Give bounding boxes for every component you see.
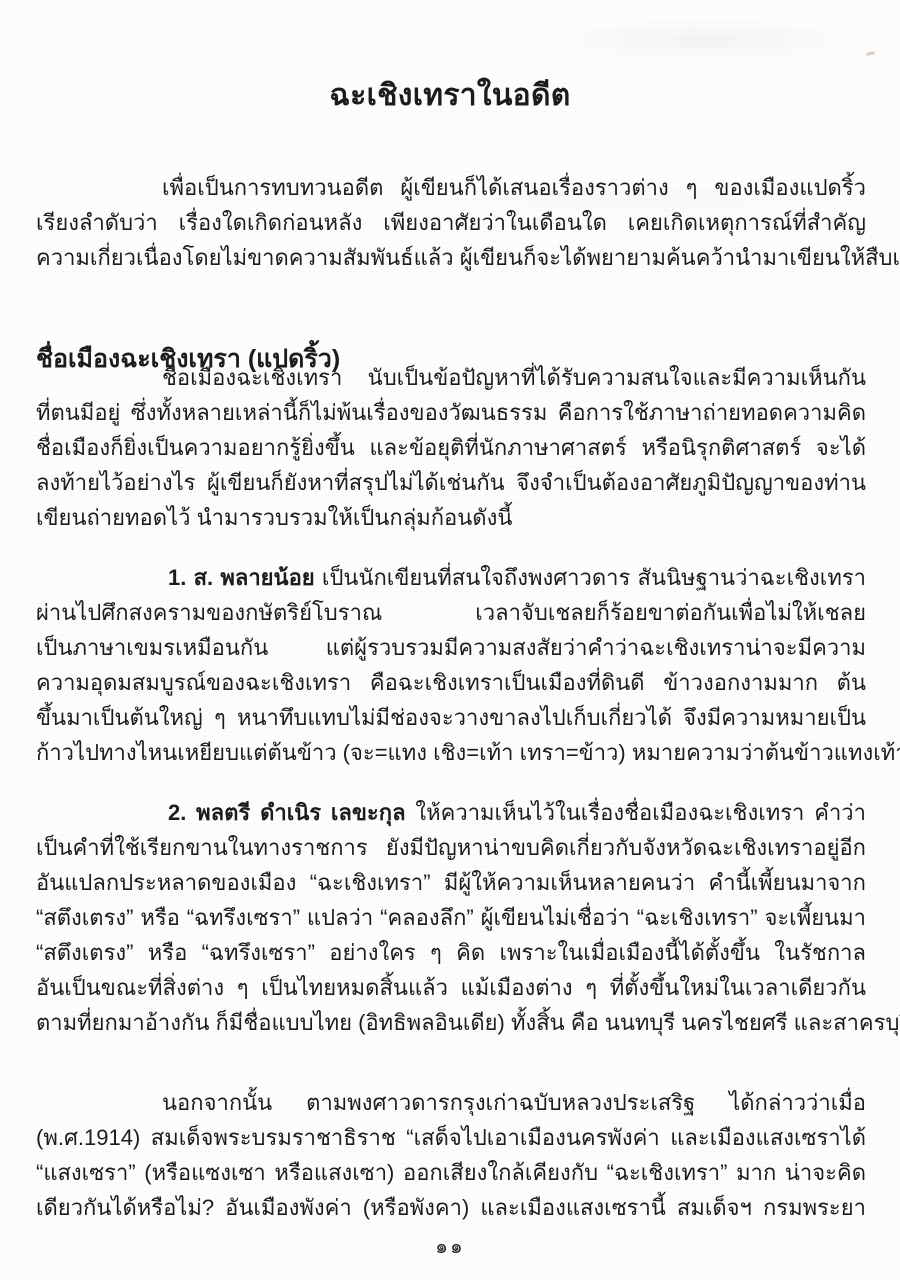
- outro-paragraph: นอกจากนั้น ตามพงศาวดารกรุงเก่าฉบับหลวงปร…: [36, 1085, 866, 1225]
- paragraph-line: ตามที่ยกมาอ้างกัน ก็มีชื่อแบบไทย (อิทธิพ…: [36, 1005, 866, 1040]
- scanned-book-page: ฉะเชิงเทราในอดีต เพื่อเป็นการทบทวนอดีต ผ…: [0, 0, 900, 1280]
- scan-speck-artifact: [866, 51, 875, 56]
- page-number: ๑๑: [0, 1230, 900, 1262]
- section-paragraph: ชื่อเมืองฉะเชิงเทรา นับเป็นข้อปัญหาที่ได…: [36, 360, 866, 535]
- paragraph-line: 2. พลตรี ดำเนิร เลขะกุล ให้ความเห็นไว้ใน…: [36, 795, 866, 830]
- paragraph-line: เดียวกันได้หรือไม่? อันเมืองพังค่า (หรือ…: [36, 1190, 866, 1225]
- item1-last-line-text: ก้าวไปทางไหนเหยียบแต่ต้นข้าว (จะ=แทง เชิ…: [36, 740, 900, 765]
- paragraph-line: ชื่อเมืองฉะเชิงเทรา นับเป็นข้อปัญหาที่ได…: [36, 360, 866, 395]
- page-title: ฉะเชิงเทราในอดีต: [0, 72, 900, 119]
- paragraph-line: เป็นคำที่ใช้เรียกขานในทางราชการ ยังมีปัญ…: [36, 830, 866, 865]
- paragraph-line: “สตึงเตรง” หรือ “ฉทรึงเซรา” อย่างใคร ๆ ค…: [36, 935, 866, 970]
- item2-paragraph: 2. พลตรี ดำเนิร เลขะกุล ให้ความเห็นไว้ใน…: [36, 795, 866, 1040]
- paragraph-line: ที่ตนมีอยู่ ซึ่งทั้งหลายเหล่านี้ก็ไม่พ้น…: [36, 395, 866, 430]
- item2-author-bold: 2. พลตรี ดำเนิร เลขะกุล: [168, 800, 406, 825]
- item1-paragraph: 1. ส. พลายน้อย เป็นนักเขียนที่สนใจถึงพงศ…: [36, 560, 866, 770]
- paragraph-line: ชื่อเมืองก็ยิ่งเป็นความอยากรู้ยิ่งขึ้น แ…: [36, 430, 866, 465]
- paragraph-line: เขียนถ่ายทอดไว้ นำมารวบรวมให้เป็นกลุ่มก้…: [36, 500, 866, 535]
- intro-paragraph: เพื่อเป็นการทบทวนอดีต ผู้เขียนก็ได้เสนอเ…: [36, 170, 866, 275]
- page-showthrough-artifact: [540, 18, 870, 62]
- paragraph-line: “แสงเซรา” (หรือแซงเซา หรือแสงเซา) ออกเสี…: [36, 1155, 866, 1190]
- paragraph-line: ความอุดมสมบูรณ์ของฉะเชิงเทรา คือฉะเชิงเท…: [36, 665, 866, 700]
- paragraph-line: ความเกี่ยวเนื่องโดยไม่ขาดความสัมพันธ์แล้…: [36, 240, 866, 275]
- item1-author-bold: 1. ส. พลายน้อย: [168, 565, 315, 590]
- paragraph-line: “สตึงเตรง” หรือ “ฉทรึงเซรา” แปลว่า “คลอง…: [36, 900, 866, 935]
- paragraph-line: (พ.ศ.1914) สมเด็จพระบรมราชาธิราช “เสด็จไ…: [36, 1120, 866, 1155]
- paragraph-line: อันแปลกประหลาดของเมือง “ฉะเชิงเทรา” มีผู…: [36, 865, 866, 900]
- paragraph-line: 1. ส. พลายน้อย เป็นนักเขียนที่สนใจถึงพงศ…: [36, 560, 866, 595]
- paragraph-line: เรียงลำดับว่า เรื่องใดเกิดก่อนหลัง เพียง…: [36, 205, 866, 240]
- paragraph-line: ลงท้ายไว้อย่างไร ผู้เขียนก็ยังหาที่สรุปไ…: [36, 465, 866, 500]
- paragraph-line: เป็นภาษาเขมรเหมือนกัน แต่ผู้รวบรวมมีความ…: [36, 630, 866, 665]
- paragraph-line: ขึ้นมาเป็นต้นใหญ่ ๆ หนาทึบแทบไม่มีช่องจะ…: [36, 700, 866, 735]
- paragraph-line: เพื่อเป็นการทบทวนอดีต ผู้เขียนก็ได้เสนอเ…: [36, 170, 866, 205]
- paragraph-line: ก้าวไปทางไหนเหยียบแต่ต้นข้าว (จะ=แทง เชิ…: [36, 735, 866, 770]
- paragraph-line: ผ่านไปศึกสงครามของกษัตริย์โบราณ เวลาจับเ…: [36, 595, 866, 630]
- paragraph-line: นอกจากนั้น ตามพงศาวดารกรุงเก่าฉบับหลวงปร…: [36, 1085, 866, 1120]
- paragraph-line: อันเป็นขณะที่สิ่งต่าง ๆ เป็นไทยหมดสิ้นแล…: [36, 970, 866, 1005]
